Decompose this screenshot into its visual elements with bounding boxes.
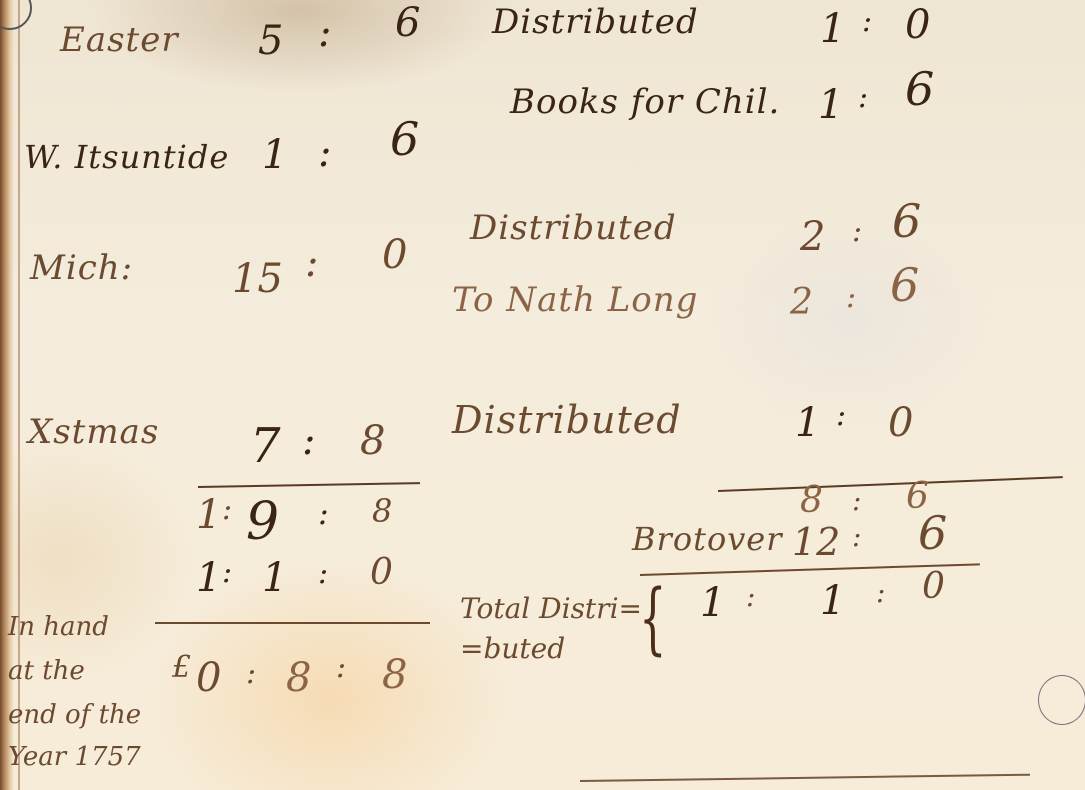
total-pence: 8 (372, 492, 392, 530)
subtotal-rule (718, 476, 1063, 491)
separator: : (852, 484, 861, 517)
binding-ring (0, 0, 32, 30)
in-hand-label-line: Year 1757 (8, 742, 141, 772)
separator: : (246, 656, 256, 691)
less-shillings: 1 (262, 555, 287, 601)
separator: : (318, 556, 328, 591)
separator: : (876, 576, 885, 609)
disbursement-label: Distributed (452, 398, 682, 442)
separator: : (336, 650, 346, 685)
curly-brace-icon: { (639, 574, 666, 664)
total-pounds: 1 (196, 492, 221, 538)
receipt-pence: 8 (360, 418, 385, 464)
disbursement-label: Books for Chil. (510, 82, 780, 122)
disbursement-shillings: 2 (790, 282, 813, 323)
separator: : (846, 280, 856, 315)
receipt-label: Xstmas (28, 412, 159, 452)
separator: : (852, 520, 861, 553)
disbursement-shillings: 2 (800, 214, 825, 260)
less-pence: 0 (370, 552, 393, 593)
disbursement-label: Distributed (470, 208, 677, 248)
in-hand-label-line: at the (8, 656, 85, 686)
separator: : (318, 130, 331, 176)
receipt-shillings: 15 (232, 256, 283, 302)
separator: : (852, 214, 862, 249)
receipt-label: Easter (60, 20, 179, 60)
receipt-label: Mich: (30, 248, 133, 288)
total-pounds: 1 (700, 580, 725, 626)
sum-rule (198, 482, 420, 488)
brotover-pence: 6 (918, 506, 947, 560)
total-shillings: 1 (820, 578, 845, 624)
less-pounds: 1 (196, 555, 221, 601)
receipt-shillings: 7 (250, 418, 281, 474)
disbursement-pence: 0 (888, 400, 913, 446)
separator: : (302, 418, 315, 464)
disbursement-shillings: 1 (820, 6, 845, 52)
disbursement-shillings: 1 (795, 400, 820, 446)
separator: : (222, 492, 232, 527)
cursor-indicator (1038, 675, 1085, 725)
in-hand-label-line: In hand (8, 612, 109, 642)
receipt-pence: 6 (390, 112, 419, 166)
in-hand-pence: 8 (382, 652, 407, 698)
separator: : (858, 80, 868, 115)
subtotal-shillings: 8 (800, 480, 823, 521)
disbursement-label: Distributed (492, 2, 699, 42)
receipt-pence: 0 (382, 232, 407, 278)
bottom-rule (580, 774, 1030, 782)
disbursement-label: To Nath Long (452, 280, 698, 320)
separator: : (305, 240, 318, 286)
receipt-shillings: 1 (262, 132, 287, 178)
ledger-page: Easter 5 : 6 W. Itsuntide 1 : 6 Mich: 15… (0, 0, 1085, 790)
receipt-pence: 6 (395, 0, 420, 46)
disbursement-pence: 6 (905, 62, 934, 116)
disbursement-pence: 6 (892, 194, 921, 248)
brotover-label: Brotover (632, 520, 783, 558)
pound-sign: £ (172, 650, 191, 685)
receipt-label: W. Itsuntide (24, 138, 229, 176)
separator: : (746, 580, 755, 613)
total-shillings: 9 (246, 492, 279, 552)
separator: : (862, 4, 872, 39)
in-hand-shillings: 8 (286, 655, 311, 701)
balance-rule (155, 622, 430, 624)
disbursement-pence: 0 (905, 2, 930, 48)
brotover-shillings: 12 (792, 520, 840, 564)
total-pence: 0 (922, 566, 945, 607)
total-distributed-label-line: Total Distri= (460, 592, 642, 625)
separator: : (222, 555, 232, 590)
separator: : (836, 398, 846, 433)
disbursement-pence: 6 (890, 258, 919, 312)
in-hand-pounds: 0 (196, 655, 221, 701)
separator: : (318, 10, 331, 56)
disbursement-shillings: 1 (818, 82, 843, 128)
separator: : (318, 494, 329, 532)
total-distributed-label-line: =buted (460, 632, 565, 665)
in-hand-label-line: end of the (8, 700, 141, 730)
receipt-shillings: 5 (258, 18, 283, 64)
